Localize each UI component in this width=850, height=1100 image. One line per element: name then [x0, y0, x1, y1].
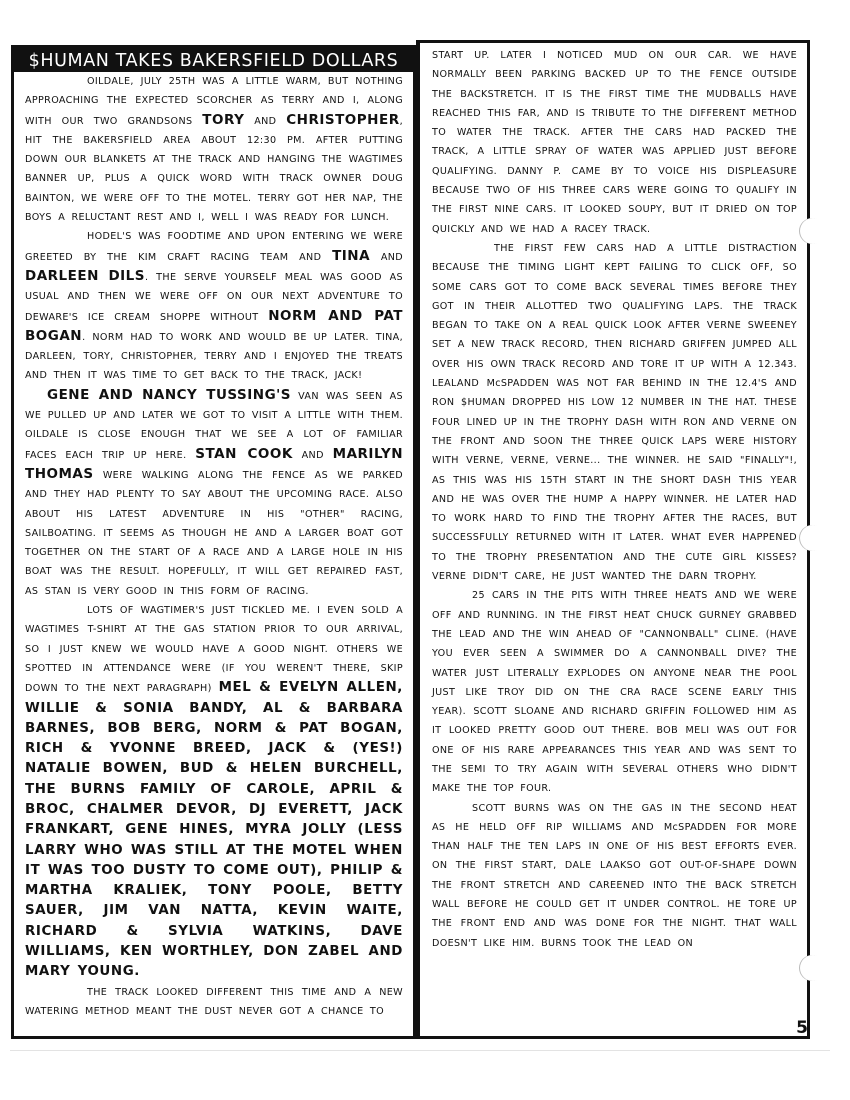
paragraph-qualifying: THE FIRST FEW CARS HAD A LITTLE DISTRACT…	[432, 239, 797, 586]
paragraph-arrival: OILDALE, JULY 25TH WAS A LITTLE WARM, BU…	[25, 72, 403, 227]
paragraph-first-heat: 25 CARS IN THE PITS WITH THREE HEATS AND…	[432, 586, 797, 798]
highlight-name: GENE AND NANCY TUSSING'S	[47, 387, 291, 403]
page-number: 5	[796, 1018, 808, 1038]
paragraph-second-heat: SCOTT BURNS WAS ON THE GAS IN THE SECOND…	[432, 799, 797, 953]
paragraph-track: THE TRACK LOOKED DIFFERENT THIS TIME AND…	[25, 983, 403, 1022]
highlight-name: CHRISTOPHER	[286, 112, 399, 128]
punch-hole	[800, 525, 826, 551]
punch-hole	[800, 955, 826, 981]
highlight-name: STAN COOK	[195, 446, 293, 462]
paragraph-hodels: HODEL'S WAS FOODTIME AND UPON ENTERING W…	[25, 227, 403, 385]
left-column: $HUMAN TAKES BAKERSFIELD DOLLARS OILDALE…	[11, 45, 416, 1039]
punch-hole	[800, 218, 826, 244]
article-headline: $HUMAN TAKES BAKERSFIELD DOLLARS	[14, 48, 413, 72]
right-column: START UP. LATER I NOTICED MUD ON OUR CAR…	[416, 40, 810, 1039]
paragraph-tussing: GENE AND NANCY TUSSING'S VAN WAS SEEN AS…	[25, 386, 403, 601]
highlight-name: TORY	[202, 112, 244, 128]
paragraph-mud: START UP. LATER I NOTICED MUD ON OUR CAR…	[432, 46, 797, 239]
paragraph-attendance: LOTS OF WAGTIMER'S JUST TICKLED ME. I EV…	[25, 601, 403, 983]
highlight-name: TINA	[332, 248, 370, 264]
scan-edge	[10, 1050, 830, 1051]
attendee-list: MEL & EVELYN ALLEN, WILLIE & SONIA BANDY…	[25, 680, 403, 979]
left-column-body: OILDALE, JULY 25TH WAS A LITTLE WARM, BU…	[14, 72, 413, 1021]
highlight-name: DARLEEN DILS	[25, 268, 145, 284]
right-column-body: START UP. LATER I NOTICED MUD ON OUR CAR…	[420, 43, 807, 953]
